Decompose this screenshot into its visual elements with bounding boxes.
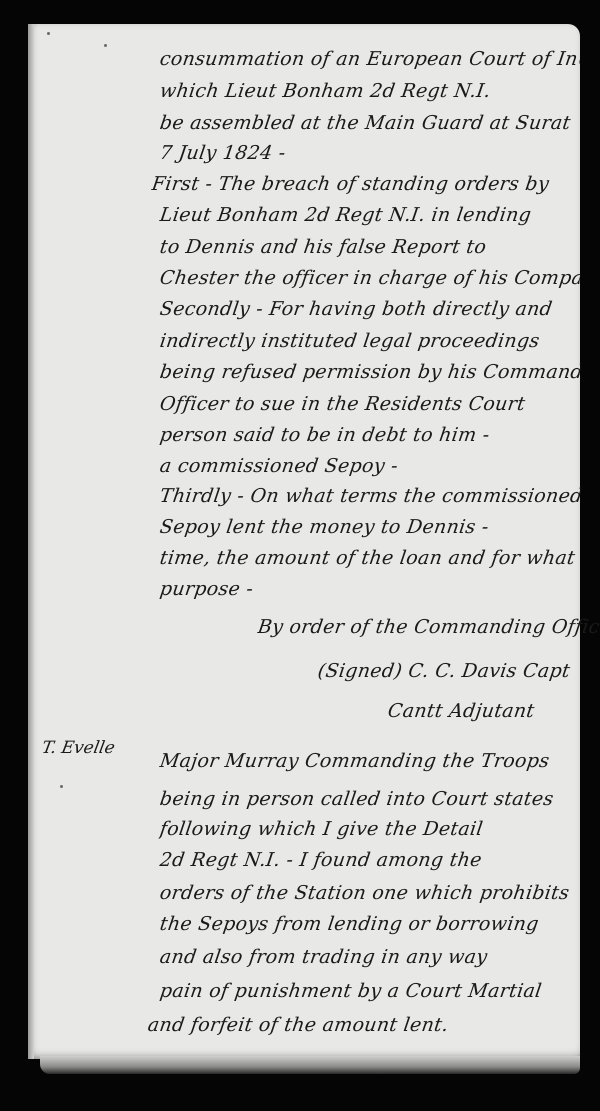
manuscript-line: Lieut Bonham 2d Regt N.I. in lending	[158, 204, 532, 226]
paper-speck	[104, 44, 107, 47]
signatory-title: Cantt Adjutant	[386, 700, 536, 722]
signed-line: (Signed) C. C. Davis Capt	[316, 660, 571, 682]
manuscript-line: Chester the officer in charge of his Com…	[158, 267, 581, 289]
page-bottom-edge	[40, 1056, 580, 1074]
manuscript-line: person said to be in debt to him -	[158, 424, 491, 446]
manuscript-line: and forfeit of the amount lent.	[146, 1014, 450, 1036]
manuscript-line: First - The breach of standing orders by	[150, 173, 550, 195]
manuscript-line: be assembled at the Main Guard at Surat	[158, 112, 572, 134]
manuscript-line: time, the amount of the loan and for wha…	[158, 547, 576, 569]
manuscript-line: to Dennis and his false Report to	[158, 236, 487, 258]
manuscript-line: pain of punishment by a Court Martial	[158, 980, 543, 1002]
paper-speck	[47, 32, 50, 35]
manuscript-line: consummation of an European Court of Inq…	[158, 48, 581, 70]
manuscript-line: being refused permission by his Commandi…	[158, 361, 581, 383]
order-line: By order of the Commanding Officer	[256, 616, 600, 638]
manuscript-line: Thirdly - On what terms the commissioned	[158, 485, 581, 507]
manuscript-line: the Sepoys from lending or borrowing	[158, 913, 540, 935]
margin-note: T. Evelle	[40, 738, 116, 758]
manuscript-line: 2d Regt N.I. - I found among the	[158, 849, 483, 871]
manuscript-line: following which I give the Detail	[158, 818, 484, 840]
manuscript-line: which Lieut Bonham 2d Regt N.I.	[158, 80, 492, 102]
manuscript-line: Sepoy lent the money to Dennis -	[158, 516, 490, 538]
manuscript-line: Major Murray Commanding the Troops	[158, 750, 550, 772]
manuscript-line: indirectly instituted legal proceedings	[158, 330, 541, 352]
manuscript-line: being in person called into Court states	[158, 788, 555, 810]
manuscript-line: purpose -	[158, 578, 254, 600]
manuscript-line: Secondly - For having both directly and	[158, 298, 553, 320]
manuscript-line: and also from trading in any way	[158, 946, 488, 968]
manuscript-line: orders of the Station one which prohibit…	[158, 882, 570, 904]
page-binding-edge	[28, 24, 34, 1059]
manuscript-line: Officer to sue in the Residents Court	[158, 393, 526, 415]
paper-speck	[60, 785, 63, 788]
manuscript-line: 7 July 1824 -	[158, 142, 287, 164]
manuscript-line: a commissioned Sepoy -	[158, 455, 399, 477]
